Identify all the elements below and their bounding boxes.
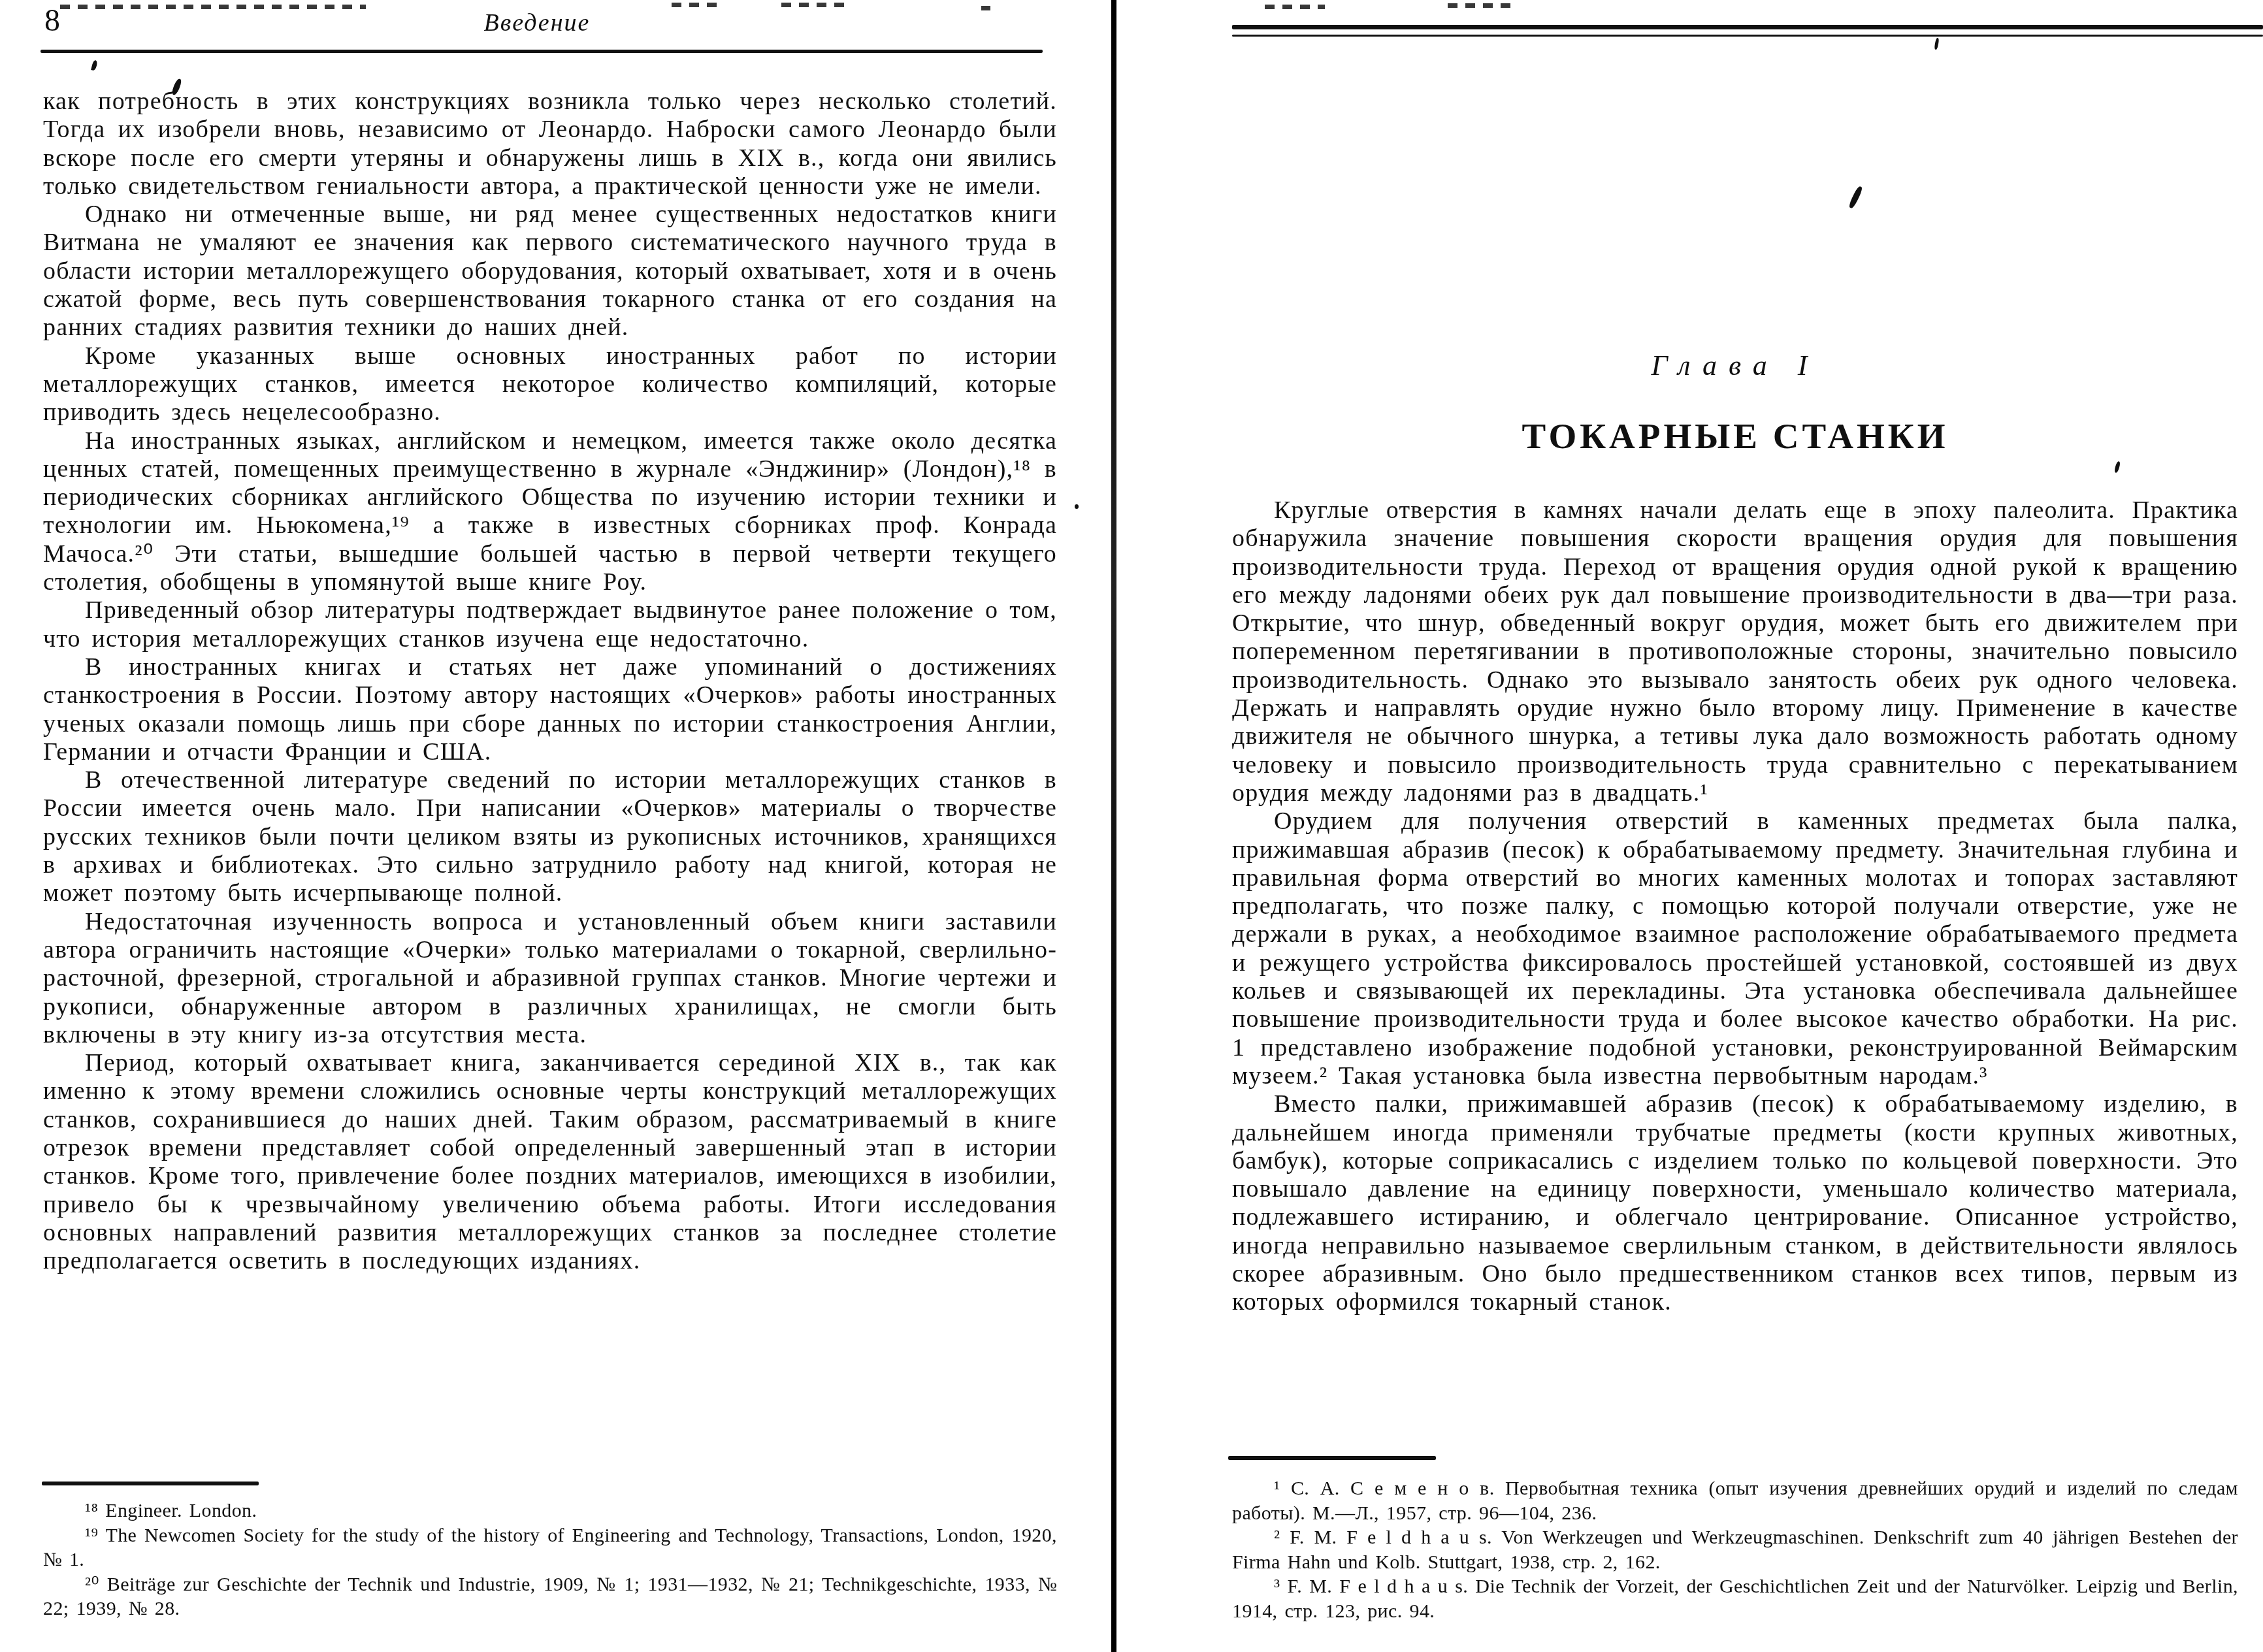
header-rule [41, 50, 1043, 53]
chapter-label: Глава I [1232, 351, 2238, 380]
paragraph: как потребность в этих конструкциях возн… [43, 88, 1057, 201]
footnote: ¹⁹ The Newcomen Society for the study of… [43, 1523, 1057, 1572]
left-body-text: как потребность в этих конструкциях возн… [43, 88, 1057, 1275]
ink-speck [1075, 504, 1079, 509]
page-gutter-line [1111, 0, 1116, 1652]
paragraph: Круглые отверстия в камнях начали делать… [1232, 496, 2238, 807]
book-spread-scan: 8 Введение как потребность в этих констр… [0, 0, 2263, 1652]
scan-noise [981, 6, 990, 10]
paragraph: В отечественной литературе сведений по и… [43, 766, 1057, 907]
footnote: ²⁰ Beiträge zur Geschichte der Technik u… [43, 1572, 1057, 1621]
right-page: Глава I ТОКАРНЫЕ СТАНКИ Круглые отверсти… [1232, 0, 2238, 1652]
footnote: ³ F. M. F e l d h a u s. Die Technik der… [1232, 1574, 2238, 1623]
paragraph: Период, который охватывает книга, заканч… [43, 1049, 1057, 1275]
footnote-rule [1228, 1456, 1436, 1460]
right-body-text: Круглые отверстия в камнях начали делать… [1232, 496, 2238, 1317]
paragraph: В иностранных книгах и статьях нет даже … [43, 653, 1057, 766]
paragraph: Недостаточная изученность вопроса и уста… [43, 908, 1057, 1049]
left-page: 8 Введение как потребность в этих констр… [43, 0, 1057, 1652]
paragraph: Кроме указанных выше основных иностранны… [43, 342, 1057, 427]
footnote: ² F. M. F e l d h a u s. Von Werkzeugen … [1232, 1525, 2238, 1574]
scan-noise [60, 5, 366, 9]
paragraph: На иностранных языках, английском и неме… [43, 427, 1057, 597]
paragraph: Вместо палки, прижимавшей абразив (песок… [1232, 1090, 2238, 1316]
scan-noise [1265, 5, 1325, 9]
footnote-rule [42, 1482, 259, 1485]
paragraph: Приведенный обзор литературы подтверждае… [43, 596, 1057, 653]
scan-noise [672, 3, 723, 7]
paragraph: Орудием для получения отверстий в каменн… [1232, 807, 2238, 1090]
page-top-rule-thin [1232, 35, 2263, 37]
scan-noise [1448, 3, 1512, 8]
paragraph: Однако ни отмеченные выше, ни ряд менее … [43, 201, 1057, 342]
chapter-title: ТОКАРНЫЕ СТАНКИ [1232, 418, 2238, 454]
footnote: ¹⁸ Engineer. London. [43, 1498, 1057, 1523]
footnote: ¹ С. А. С е м е н о в. Первобытная техни… [1232, 1476, 2238, 1525]
page-top-rule-thick [1232, 25, 2263, 29]
left-footnotes: ¹⁸ Engineer. London. ¹⁹ The Newcomen Soc… [43, 1498, 1057, 1621]
running-head: Введение [43, 10, 1031, 35]
scan-noise [781, 3, 848, 7]
right-footnotes: ¹ С. А. С е м е н о в. Первобытная техни… [1232, 1476, 2238, 1623]
